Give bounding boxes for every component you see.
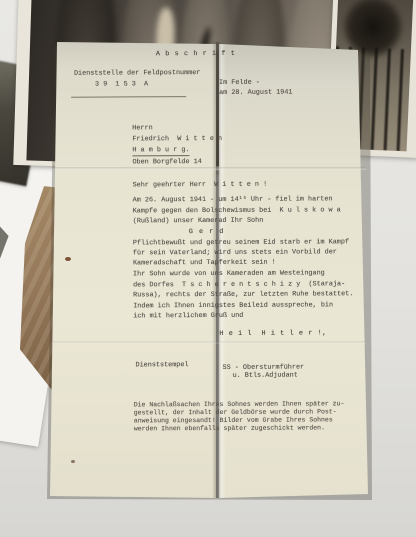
body-line: Pflichtbewußt und getreu seinem Eid star… bbox=[133, 238, 349, 247]
body-line: (Rußland) unser Kamerad Ihr Sohn bbox=[133, 217, 264, 226]
recipient-city: H a m b u r g. bbox=[132, 146, 189, 156]
recipient-name: Friedrich W i t t e n bbox=[132, 135, 222, 143]
signature-role: u. Btls.Adjudant bbox=[233, 372, 298, 380]
date-line: am 28. August 1941 bbox=[219, 89, 292, 97]
body-line: Am 26. August 1941 - um 14¹⁵ Uhr - fiel … bbox=[133, 195, 333, 204]
field-post-office-line: Dienststelle der Feldpostnummer bbox=[74, 69, 200, 78]
salutation-line: Sehr geehrter Herr W i t t e n ! bbox=[133, 181, 268, 190]
fallen-soldier-name: G e r d bbox=[189, 228, 225, 236]
copy-label: A b s c h r i f t bbox=[156, 50, 236, 58]
letter-text: A b s c h r i f t Dienststelle der Feldp… bbox=[0, 0, 416, 537]
place-line: Im Felde - bbox=[219, 79, 260, 87]
closing-salute: H e i l H i t l e r !, bbox=[219, 329, 327, 338]
photograph-of-condolence-letter: A b s c h r i f t Dienststelle der Feldp… bbox=[0, 0, 416, 537]
typed-underline bbox=[71, 96, 186, 98]
body-line: Indem ich Ihnen innigstes Beileid ausspr… bbox=[133, 301, 333, 310]
recipient-street: Oben Borgfelde 14 bbox=[132, 158, 201, 166]
field-post-number: 3 9 1 5 3 A bbox=[95, 80, 148, 88]
postscript-line: werden Ihnen ebenfalls später zugeschick… bbox=[134, 424, 325, 433]
body-line: Kameradschaft und Tapferkeit sein ! bbox=[133, 259, 276, 268]
body-line: Russa), rechts der Straße, zur letzten R… bbox=[133, 290, 353, 299]
recipient-salutation: Herrn bbox=[132, 124, 152, 132]
body-line: für sein Vaterland; wird uns stets ein V… bbox=[133, 248, 337, 257]
stamp-placeholder-label: Dienststempel bbox=[135, 361, 188, 369]
body-line: des Dorfes T s c h e r e n t s c h i z y… bbox=[133, 280, 345, 289]
body-line: ich mit herzlichem Gruß und bbox=[133, 312, 243, 321]
body-line: Ihr Sohn wurde von uns Kameraden am West… bbox=[133, 269, 325, 278]
body-line: Kampfe gegen den Bolschewismus bei K u l… bbox=[133, 206, 341, 215]
